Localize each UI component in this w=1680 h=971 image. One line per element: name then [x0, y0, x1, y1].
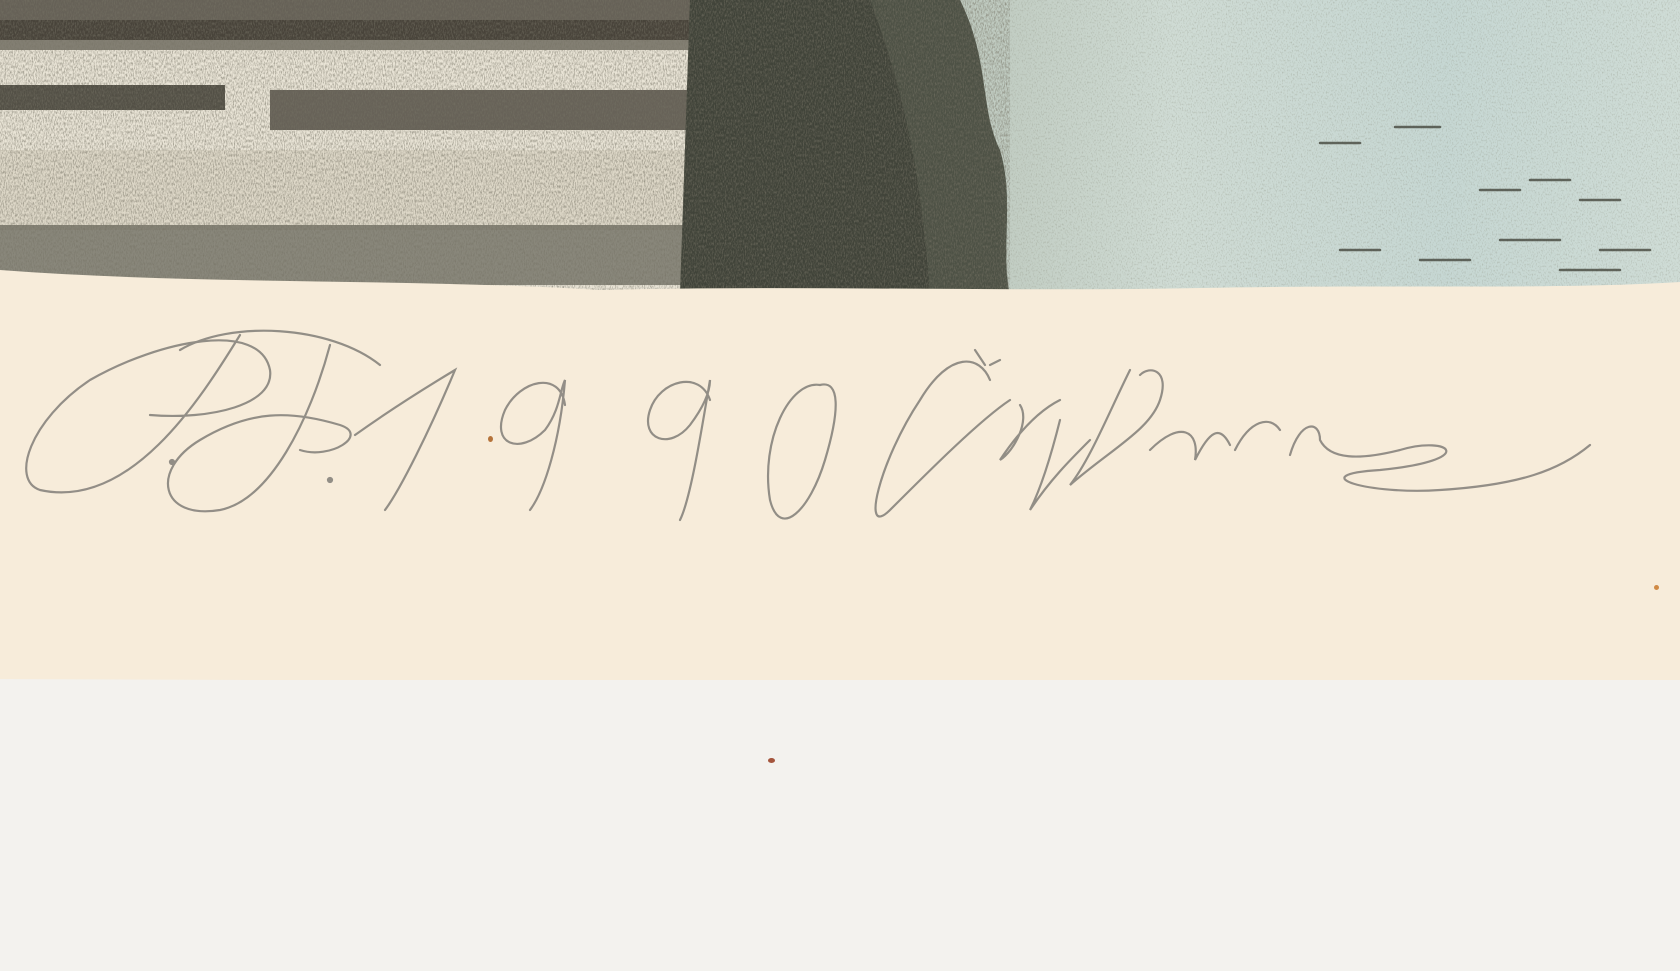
- printed-plate-area: [0, 0, 1680, 305]
- foxing-spot: [488, 436, 493, 442]
- mount-board: [0, 680, 1680, 971]
- artist-signature: Jörg Sache: [0, 310, 6, 311]
- etching-image: [0, 0, 1680, 305]
- pencil-inscription: P.F. 1990 Jörg Sache: [0, 310, 1680, 570]
- foxing-spot: [1654, 585, 1659, 590]
- signature-drawing: [0, 310, 1680, 570]
- foxing-spot: [768, 758, 775, 763]
